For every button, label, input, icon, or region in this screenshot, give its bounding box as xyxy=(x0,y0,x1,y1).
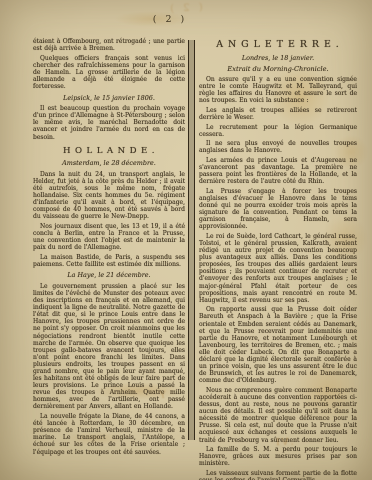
paragraph-projet-cathcart: Le roi de Suède, lord Cathcart, le génér… xyxy=(199,233,357,304)
paragraph-offembourg: étaient à Offembourg, ont rétrogadé ; un… xyxy=(33,38,185,52)
section-heading-angleterre: ANGLETERRE. xyxy=(199,39,357,50)
paragraph-officiers-hameln: Quelques officiers français sont venus i… xyxy=(33,55,185,90)
paragraph-voyage-prince: Il est beaucoup question du prochain voy… xyxy=(33,105,185,140)
paragraph-recrutement: Le recrutement pour la légion Germanique… xyxy=(199,124,357,138)
paragraph-convention-haugwitz: On assure qu'il y a eu une convention si… xyxy=(199,76,357,104)
newspaper-page-scan: ( 2 ) ( 2 ) étaient à Offembourg, ont ré… xyxy=(0,0,372,480)
dateline-leipsick: Leipsick, le 15 janvier 1806. xyxy=(33,94,185,102)
paragraph-flotte-cornwallis: Les vaisseaux suivans forment partie de … xyxy=(199,470,357,480)
paragraph-cessions-bareuth: On rapporte aussi que la Prusse doit céd… xyxy=(199,306,357,384)
section-heading-hollande: HOLLANDE. xyxy=(33,146,185,156)
subheading-morning-chronicle: Extrait du Morning-Chronicle. xyxy=(199,65,357,73)
paragraph-fregate-diane: La nouvelle frégate la Diane, de 44 cano… xyxy=(33,413,185,456)
paragraph-transport-helder: Dans la nuit du 24, un transport anglais… xyxy=(33,171,185,221)
paragraph-prusse-engage: La Prusse s'engage à forcer les troupes … xyxy=(199,188,357,231)
paragraph-maison-bastide: La maison Bastide, de Paris, a suspendu … xyxy=(33,254,185,268)
paragraph-ligne-neutralite: Le gouvernement prussien a placé sur les… xyxy=(33,283,185,411)
paragraph-famille-royale: La famille de S. M. a perdu pour toujour… xyxy=(199,446,357,467)
left-column: étaient à Offembourg, ont rétrogadé ; un… xyxy=(33,38,185,480)
paragraph-convention-berlin: Nos journaux disent que, les 13 et 19, i… xyxy=(33,223,185,251)
paragraph-retrait-weser: Les anglais et troupes alliées se retire… xyxy=(199,107,357,121)
text-columns: étaient à Offembourg, ont rétrogadé ; un… xyxy=(33,38,357,480)
page-number: ( 2 ) xyxy=(0,14,340,25)
paragraph-nouvelles-troupes: Il ne sera plus envoyé de nouvelles trou… xyxy=(199,140,357,154)
paragraph-commentaire-bonaparte: Nous ne comprenons guère comment Bonapar… xyxy=(199,387,357,444)
dateline-londres: Londres, le 18 janvier. xyxy=(199,54,357,62)
paragraph-armees-louis-augereau: Les armées du prince Louis et d'Augereau… xyxy=(199,157,357,185)
right-column: ANGLETERRE. Londres, le 18 janvier. Extr… xyxy=(199,38,357,480)
dateline-la-haye: La Haye, le 21 décembre. xyxy=(33,271,185,279)
dateline-amsterdam: Amsterdam, le 28 décembre. xyxy=(33,159,185,167)
